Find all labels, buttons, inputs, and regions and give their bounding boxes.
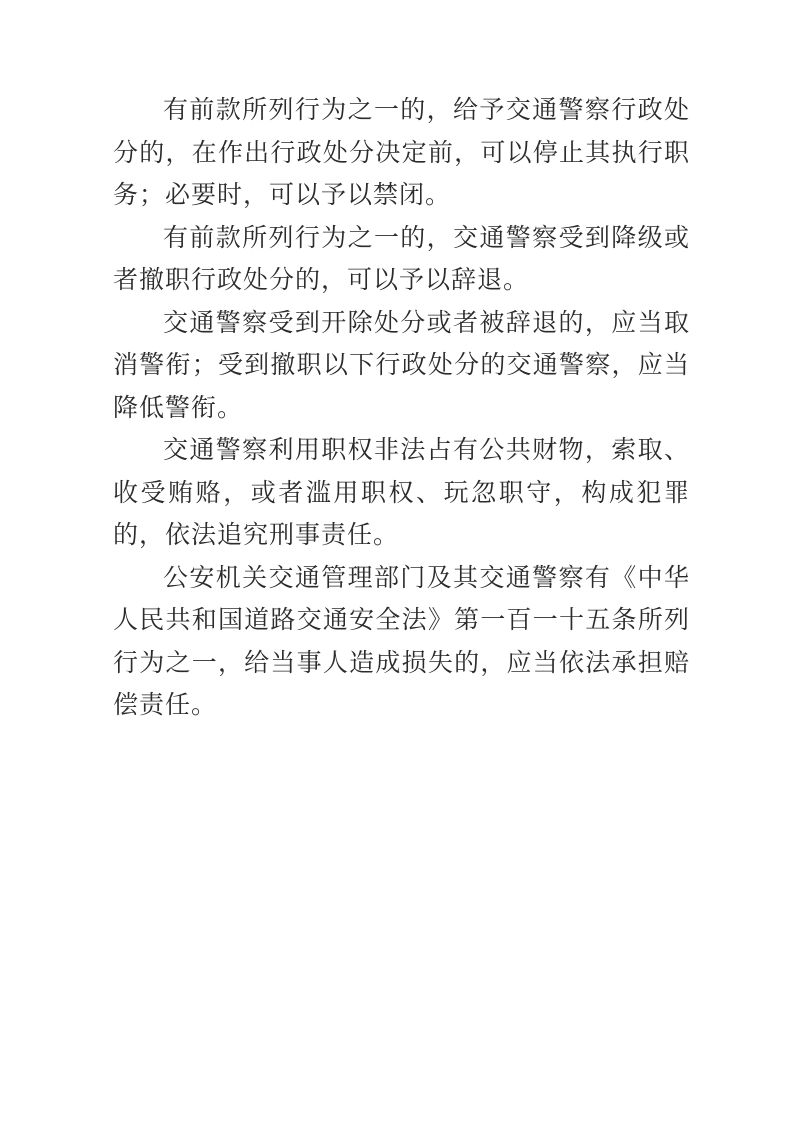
paragraph-suspension-clause: 有前款所列行为之一的，给予交通警察行政处分的，在作出行政处分决定前，可以停止其执… [113, 90, 690, 218]
document-page: 有前款所列行为之一的，给予交通警察行政处分的，在作出行政处分决定前，可以停止其执… [0, 0, 793, 1122]
paragraph-rank-revocation-clause: 交通警察受到开除处分或者被辞退的，应当取消警衔；受到撤职以下行政处分的交通警察，… [113, 303, 690, 431]
paragraph-dismissal-clause: 有前款所列行为之一的，交通警察受到降级或者撤职行政处分的，可以予以辞退。 [113, 218, 690, 303]
paragraph-criminal-liability-clause: 交通警察利用职权非法占有公共财物，索取、收受贿赂，或者滥用职权、玩忽职守，构成犯… [113, 430, 690, 558]
paragraph-compensation-clause: 公安机关交通管理部门及其交通警察有《中华人民共和国道路交通安全法》第一百一十五条… [113, 558, 690, 728]
document-body: 有前款所列行为之一的，给予交通警察行政处分的，在作出行政处分决定前，可以停止其执… [113, 90, 690, 728]
